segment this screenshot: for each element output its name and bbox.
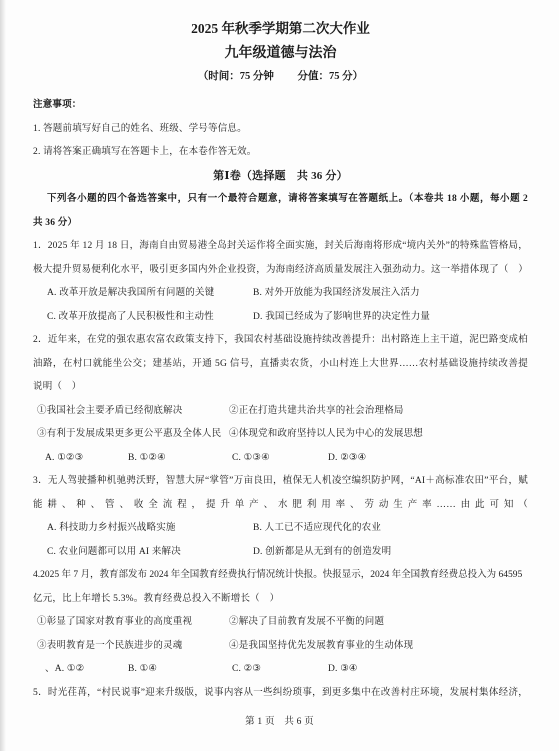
question-1-option-b: B. 对外开放能为我国经济发展注入活力: [253, 288, 420, 298]
question-2-statements-row-1: ①我国社会主要矛盾已经彻底解决②正在打造共建共治共享的社会治理格局: [33, 400, 528, 424]
question-2-statement-3: ③有利于发展成果更多更公平惠及全体人民: [37, 423, 229, 447]
question-2-option-a: A. ①②③: [45, 447, 128, 471]
question-4-statement-2: ②解决了目前教育发展不平衡的问题: [229, 617, 384, 627]
question-4-option-d: D. ③④: [328, 658, 358, 682]
question-3-option-d: D. 创新都是从无到有的创造发明: [253, 547, 391, 557]
question-4-answer-row: 、A. ①②B. ①④C. ②③D. ③④: [33, 658, 528, 682]
question-2-option-d: D. ②③④: [328, 447, 366, 471]
question-3-options-row-1: A. 科技助力乡村振兴战略实施B. 人工已不适应现代化的农业: [33, 517, 528, 541]
question-2-statement-1: ①我国社会主要矛盾已经彻底解决: [37, 400, 229, 424]
notice-item-1: 1. 答题前填写好自己的姓名、班级、学号等信息。: [33, 118, 528, 142]
question-2-statement-4: ④体现党和政府坚持以人民为中心的发展思想: [229, 429, 423, 439]
question-4-option-c: C. ②③: [232, 658, 328, 682]
question-3-option-c: C. 农业问题都可以用 AI 来解决: [47, 541, 253, 565]
section-1-intro-line-2: 共 36 分）: [33, 212, 528, 236]
question-3-stem-line-1: 3．无人驾驶播种机驰骋沃野，智慧大屏“掌管”万亩良田，植保无人机凌空编织防护网，…: [33, 470, 528, 494]
question-4-statements-row-2: ③表明教育是一个民族进步的灵魂④是我国坚持优先发展教育事业的生动体现: [33, 635, 528, 659]
notice-heading: 注意事项：: [33, 94, 528, 118]
question-1-stem-line-2: 极大提升贸易便利化水平，吸引更多国内外企业投资，为海南经济高质量发展注入强劲动力…: [33, 259, 528, 283]
question-2-stem-line-2: 油路，在村口就能坐公交；建基站，开通 5G 信号，直播卖农货，小山村连上大世界……: [33, 353, 528, 377]
question-4-statement-4: ④是我国坚持优先发展教育事业的生动体现: [229, 641, 413, 651]
exam-title: 2025 年秋季学期第二次大作业: [33, 16, 528, 41]
question-1-option-c: C. 改革开放提高了人民积极性和主动性: [47, 306, 253, 330]
question-2-statement-2: ②正在打造共建共治共享的社会治理格局: [229, 406, 404, 416]
question-4-statement-1: ①彰显了国家对教育事业的高度重视: [37, 611, 229, 635]
question-1-option-d: D. 我国已经成为了影响世界的决定性力量: [253, 312, 430, 322]
question-3-stem-line-2: 能耕、种、管、收全流程，提升单产、水肥利用率、劳动生产率……由此可知（: [33, 494, 528, 518]
question-4-option-b: B. ①④: [128, 658, 232, 682]
question-4-statement-3: ③表明教育是一个民族进步的灵魂: [37, 635, 229, 659]
notice-item-2: 2. 请将答案正确填写在答题卡上，在本卷作答无效。: [33, 141, 528, 165]
question-4-option-a: 、A. ①②: [45, 658, 128, 682]
question-1-stem-line-1: 1．2025 年 12 月 18 日，海南自由贸易港全岛封关运作将全面实施，封关…: [33, 235, 528, 259]
question-2-option-b: B. ①②④: [128, 447, 232, 471]
question-2-statements-row-2: ③有利于发展成果更多更公平惠及全体人民④体现党和政府坚持以人民为中心的发展思想: [33, 423, 528, 447]
question-3-option-b: B. 人工已不适应现代化的农业: [253, 523, 381, 533]
question-5-stem-line-1: 5．时光荏苒，“村民说事”迎来升级版，说事内容从一些纠纷琐事，到更多集中在改善村…: [33, 682, 528, 706]
question-1-options-row-1: A. 改革开放是解决我国所有问题的关键B. 对外开放能为我国经济发展注入活力: [33, 282, 528, 306]
question-4-stem-line-1: 4.2025 年 7 月，教育部发布 2024 年全国教育经费执行情况统计快报。…: [33, 564, 528, 588]
question-1-option-a: A. 改革开放是解决我国所有问题的关键: [47, 282, 253, 306]
question-2-stem-line-1: 2．近年来，在党的强农惠农富农政策支持下，我国农村基础设施持续改善提升：出村路连…: [33, 329, 528, 353]
question-3-option-a: A. 科技助力乡村振兴战略实施: [47, 517, 253, 541]
question-2-option-c: C. ①③④: [232, 447, 328, 471]
section-1-heading: 第Ⅰ卷（选择题 共 36 分）: [33, 165, 528, 189]
exam-meta: （时间：75 分钟 分值：75 分）: [33, 66, 528, 88]
scan-edge-artifact: [0, 0, 6, 751]
exam-page: 2025 年秋季学期第二次大作业 九年级道德与法治 （时间：75 分钟 分值：7…: [0, 0, 559, 751]
question-3-options-row-2: C. 农业问题都可以用 AI 来解决D. 创新都是从无到有的创造发明: [33, 541, 528, 565]
question-2-stem-line-3: 说明（ ）: [33, 376, 528, 400]
question-4-stem-line-2: 亿元，比上年增长 5.3%。教育经费总投入不断增长（ ）: [33, 588, 528, 612]
question-1-options-row-2: C. 改革开放提高了人民积极性和主动性D. 我国已经成为了影响世界的决定性力量: [33, 306, 528, 330]
section-1-intro-line-1: 下列各小题的四个备选答案中，只有一个最符合题意，请将答案填写在答题纸上。（本卷共…: [33, 188, 528, 212]
question-4-statements-row-1: ①彰显了国家对教育事业的高度重视②解决了目前教育发展不平衡的问题: [33, 611, 528, 635]
exam-subtitle: 九年级道德与法治: [33, 41, 528, 66]
page-footer: 第 1 页 共 6 页: [0, 715, 559, 729]
question-2-answer-row: A. ①②③B. ①②④C. ①③④D. ②③④: [33, 447, 528, 471]
